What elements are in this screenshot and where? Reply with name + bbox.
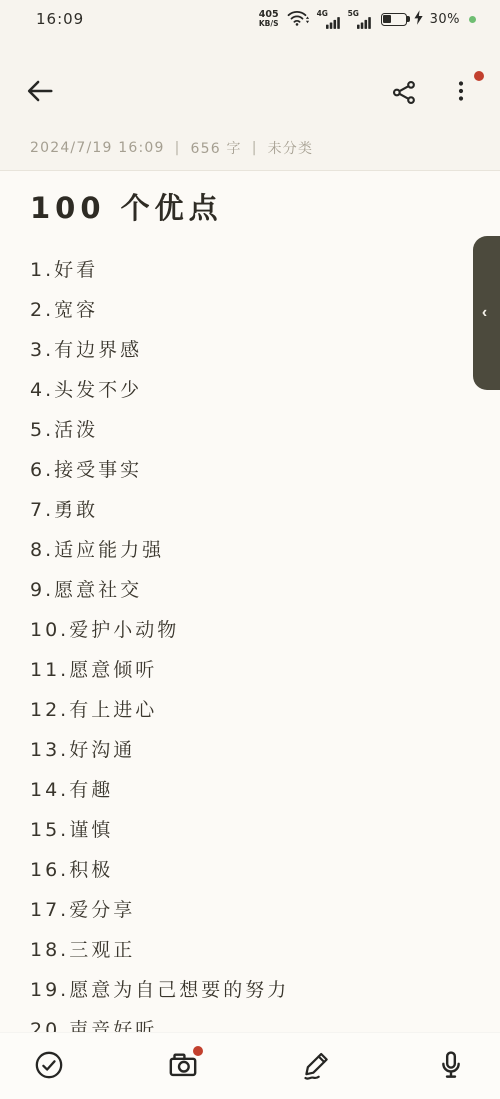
back-arrow-icon	[25, 76, 55, 109]
note-datetime: 2024/7/19 16:09	[30, 140, 165, 156]
battery-level	[383, 15, 391, 23]
note-line[interactable]: 1.好看	[30, 248, 460, 288]
more-menu-button[interactable]	[444, 74, 478, 110]
note-header	[0, 60, 500, 124]
share-button[interactable]	[386, 76, 422, 112]
note-title[interactable]: 100 个优点	[30, 186, 223, 227]
bottom-toolbar	[0, 1032, 500, 1099]
note-line[interactable]: 15.谨慎	[30, 808, 460, 848]
battery-icon	[381, 13, 407, 26]
more-vertical-icon	[449, 77, 473, 108]
chevron-left-icon: ‹	[482, 305, 487, 321]
charging-bolt-icon	[414, 10, 423, 29]
note-line[interactable]: 13.好沟通	[30, 728, 460, 768]
note-line[interactable]: 3.有边界感	[30, 328, 460, 368]
status-bar: 16:09 405 KB/S 4G	[0, 0, 500, 38]
note-line[interactable]: 18.三观正	[30, 928, 460, 968]
check-circle-icon	[32, 1048, 66, 1085]
note-line[interactable]: 14.有趣	[30, 768, 460, 808]
side-panel-handle[interactable]: ‹	[473, 236, 500, 390]
network-speed-indicator: 405 KB/S	[259, 10, 279, 28]
signal-4g-icon: 4G	[317, 9, 341, 30]
note-line[interactable]: 2.宽容	[30, 288, 460, 328]
note-line[interactable]: 8.适应能力强	[30, 528, 460, 568]
note-line[interactable]: 7.勇敢	[30, 488, 460, 528]
handwrite-button[interactable]	[298, 1047, 336, 1085]
note-line[interactable]: 19.愿意为自己想要的努力	[30, 968, 460, 1008]
note-line[interactable]: 5.活泼	[30, 408, 460, 448]
meta-separator: |	[175, 140, 181, 156]
notes-app-screen: 16:09 405 KB/S 4G	[0, 0, 500, 1099]
notification-dot	[474, 71, 484, 81]
note-category[interactable]: 未分类	[268, 138, 314, 158]
share-icon	[391, 79, 418, 109]
note-list: 1.好看 2.宽容 3.有边界感 4.头发不少 5.活泼 6.接受事实 7.勇敢…	[30, 248, 460, 1048]
camera-button[interactable]	[164, 1047, 202, 1085]
back-button[interactable]	[22, 74, 58, 110]
pen-icon	[300, 1048, 334, 1085]
note-word-count: 656 字	[191, 138, 242, 158]
note-line[interactable]: 9.愿意社交	[30, 568, 460, 608]
note-line[interactable]: 11.愿意倾听	[30, 648, 460, 688]
voice-button[interactable]	[432, 1047, 470, 1085]
status-indicators: 405 KB/S 4G	[259, 7, 476, 31]
wifi-icon	[286, 7, 310, 31]
note-meta: 2024/7/19 16:09 | 656 字 | 未分类	[30, 138, 480, 158]
signal-5g-icon: 5G	[348, 9, 372, 30]
note-line[interactable]: 16.积极	[30, 848, 460, 888]
meta-separator: |	[252, 140, 258, 156]
battery-percent: 30%	[430, 12, 460, 27]
note-line[interactable]: 4.头发不少	[30, 368, 460, 408]
microphone-icon	[434, 1048, 468, 1085]
note-line[interactable]: 6.接受事实	[30, 448, 460, 488]
checklist-button[interactable]	[30, 1047, 68, 1085]
clock: 16:09	[36, 10, 84, 28]
note-line[interactable]: 12.有上进心	[30, 688, 460, 728]
status-dot	[469, 16, 476, 23]
note-line[interactable]: 10.爱护小动物	[30, 608, 460, 648]
note-content-area[interactable]: 100 个优点 1.好看 2.宽容 3.有边界感 4.头发不少 5.活泼 6.接…	[0, 171, 500, 1099]
note-line[interactable]: 17.爱分享	[30, 888, 460, 928]
camera-notification-dot	[193, 1046, 203, 1056]
